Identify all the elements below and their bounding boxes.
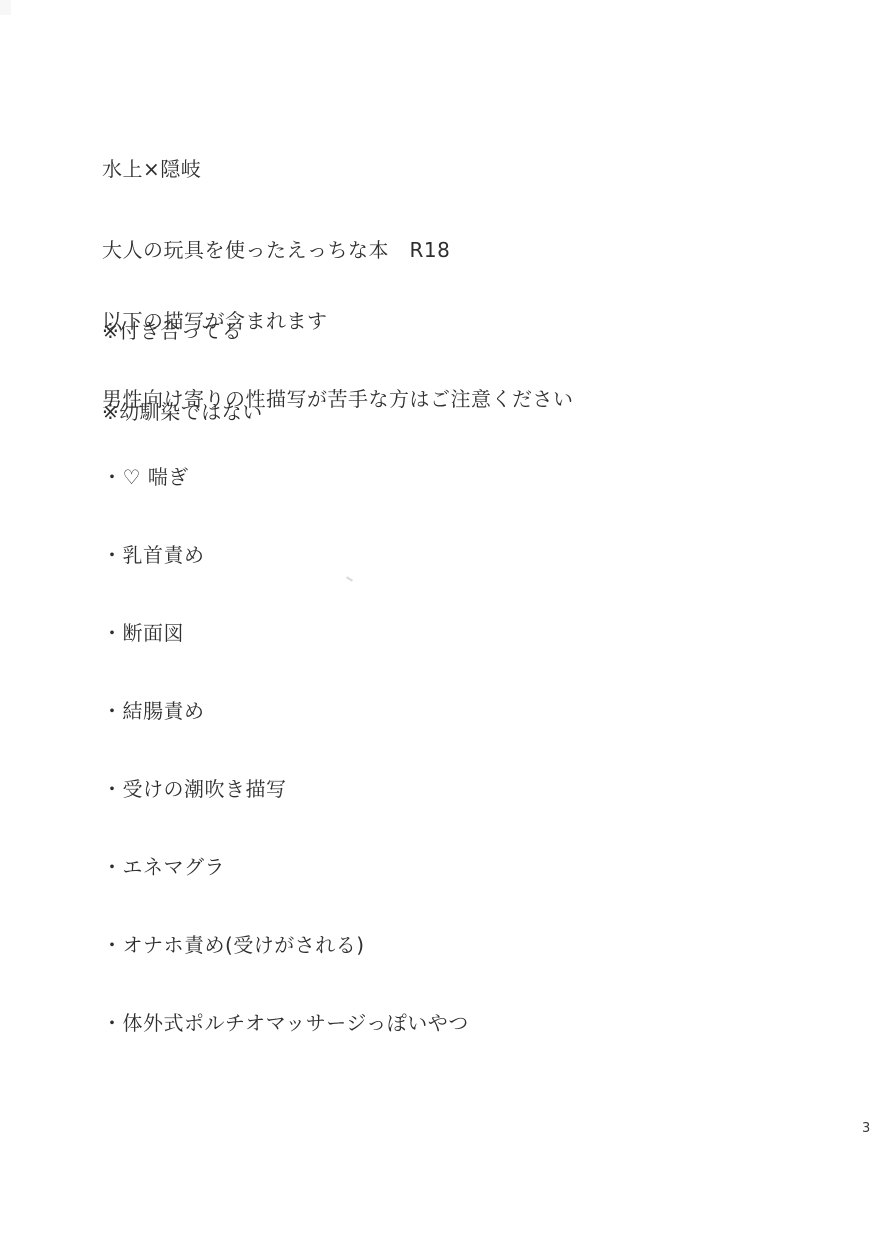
- warning-item: ・♡ 喘ぎ: [102, 464, 574, 490]
- scan-artifact-corner: [0, 0, 11, 15]
- page-number: 3: [862, 1121, 870, 1136]
- warning-item: ・乳首責め: [102, 542, 574, 568]
- warning-intro-line: 以下の描写が含まれます: [102, 308, 574, 334]
- warning-item: ・オナホ責め(受けがされる): [102, 932, 574, 958]
- warning-item: ・受けの潮吹き描写: [102, 776, 574, 802]
- pairing-line: 水上×隠岐: [102, 156, 450, 183]
- warning-caution-line: 男性向け寄りの性描写が苦手な方はご注意ください: [102, 386, 574, 412]
- content-warning-block: 以下の描写が含まれます 男性向け寄りの性描写が苦手な方はご注意ください ・♡ 喘…: [102, 256, 574, 1088]
- document-page: 水上×隠岐 大人の玩具を使ったえっちな本 R18 ※付き合ってる ※幼馴染ではな…: [0, 0, 888, 1242]
- warning-item: ・体外式ポルチオマッサージっぽいやつ: [102, 1010, 574, 1036]
- warning-item: ・結腸責め: [102, 698, 574, 724]
- warning-item: ・エネマグラ: [102, 854, 574, 880]
- warning-item: ・断面図: [102, 620, 574, 646]
